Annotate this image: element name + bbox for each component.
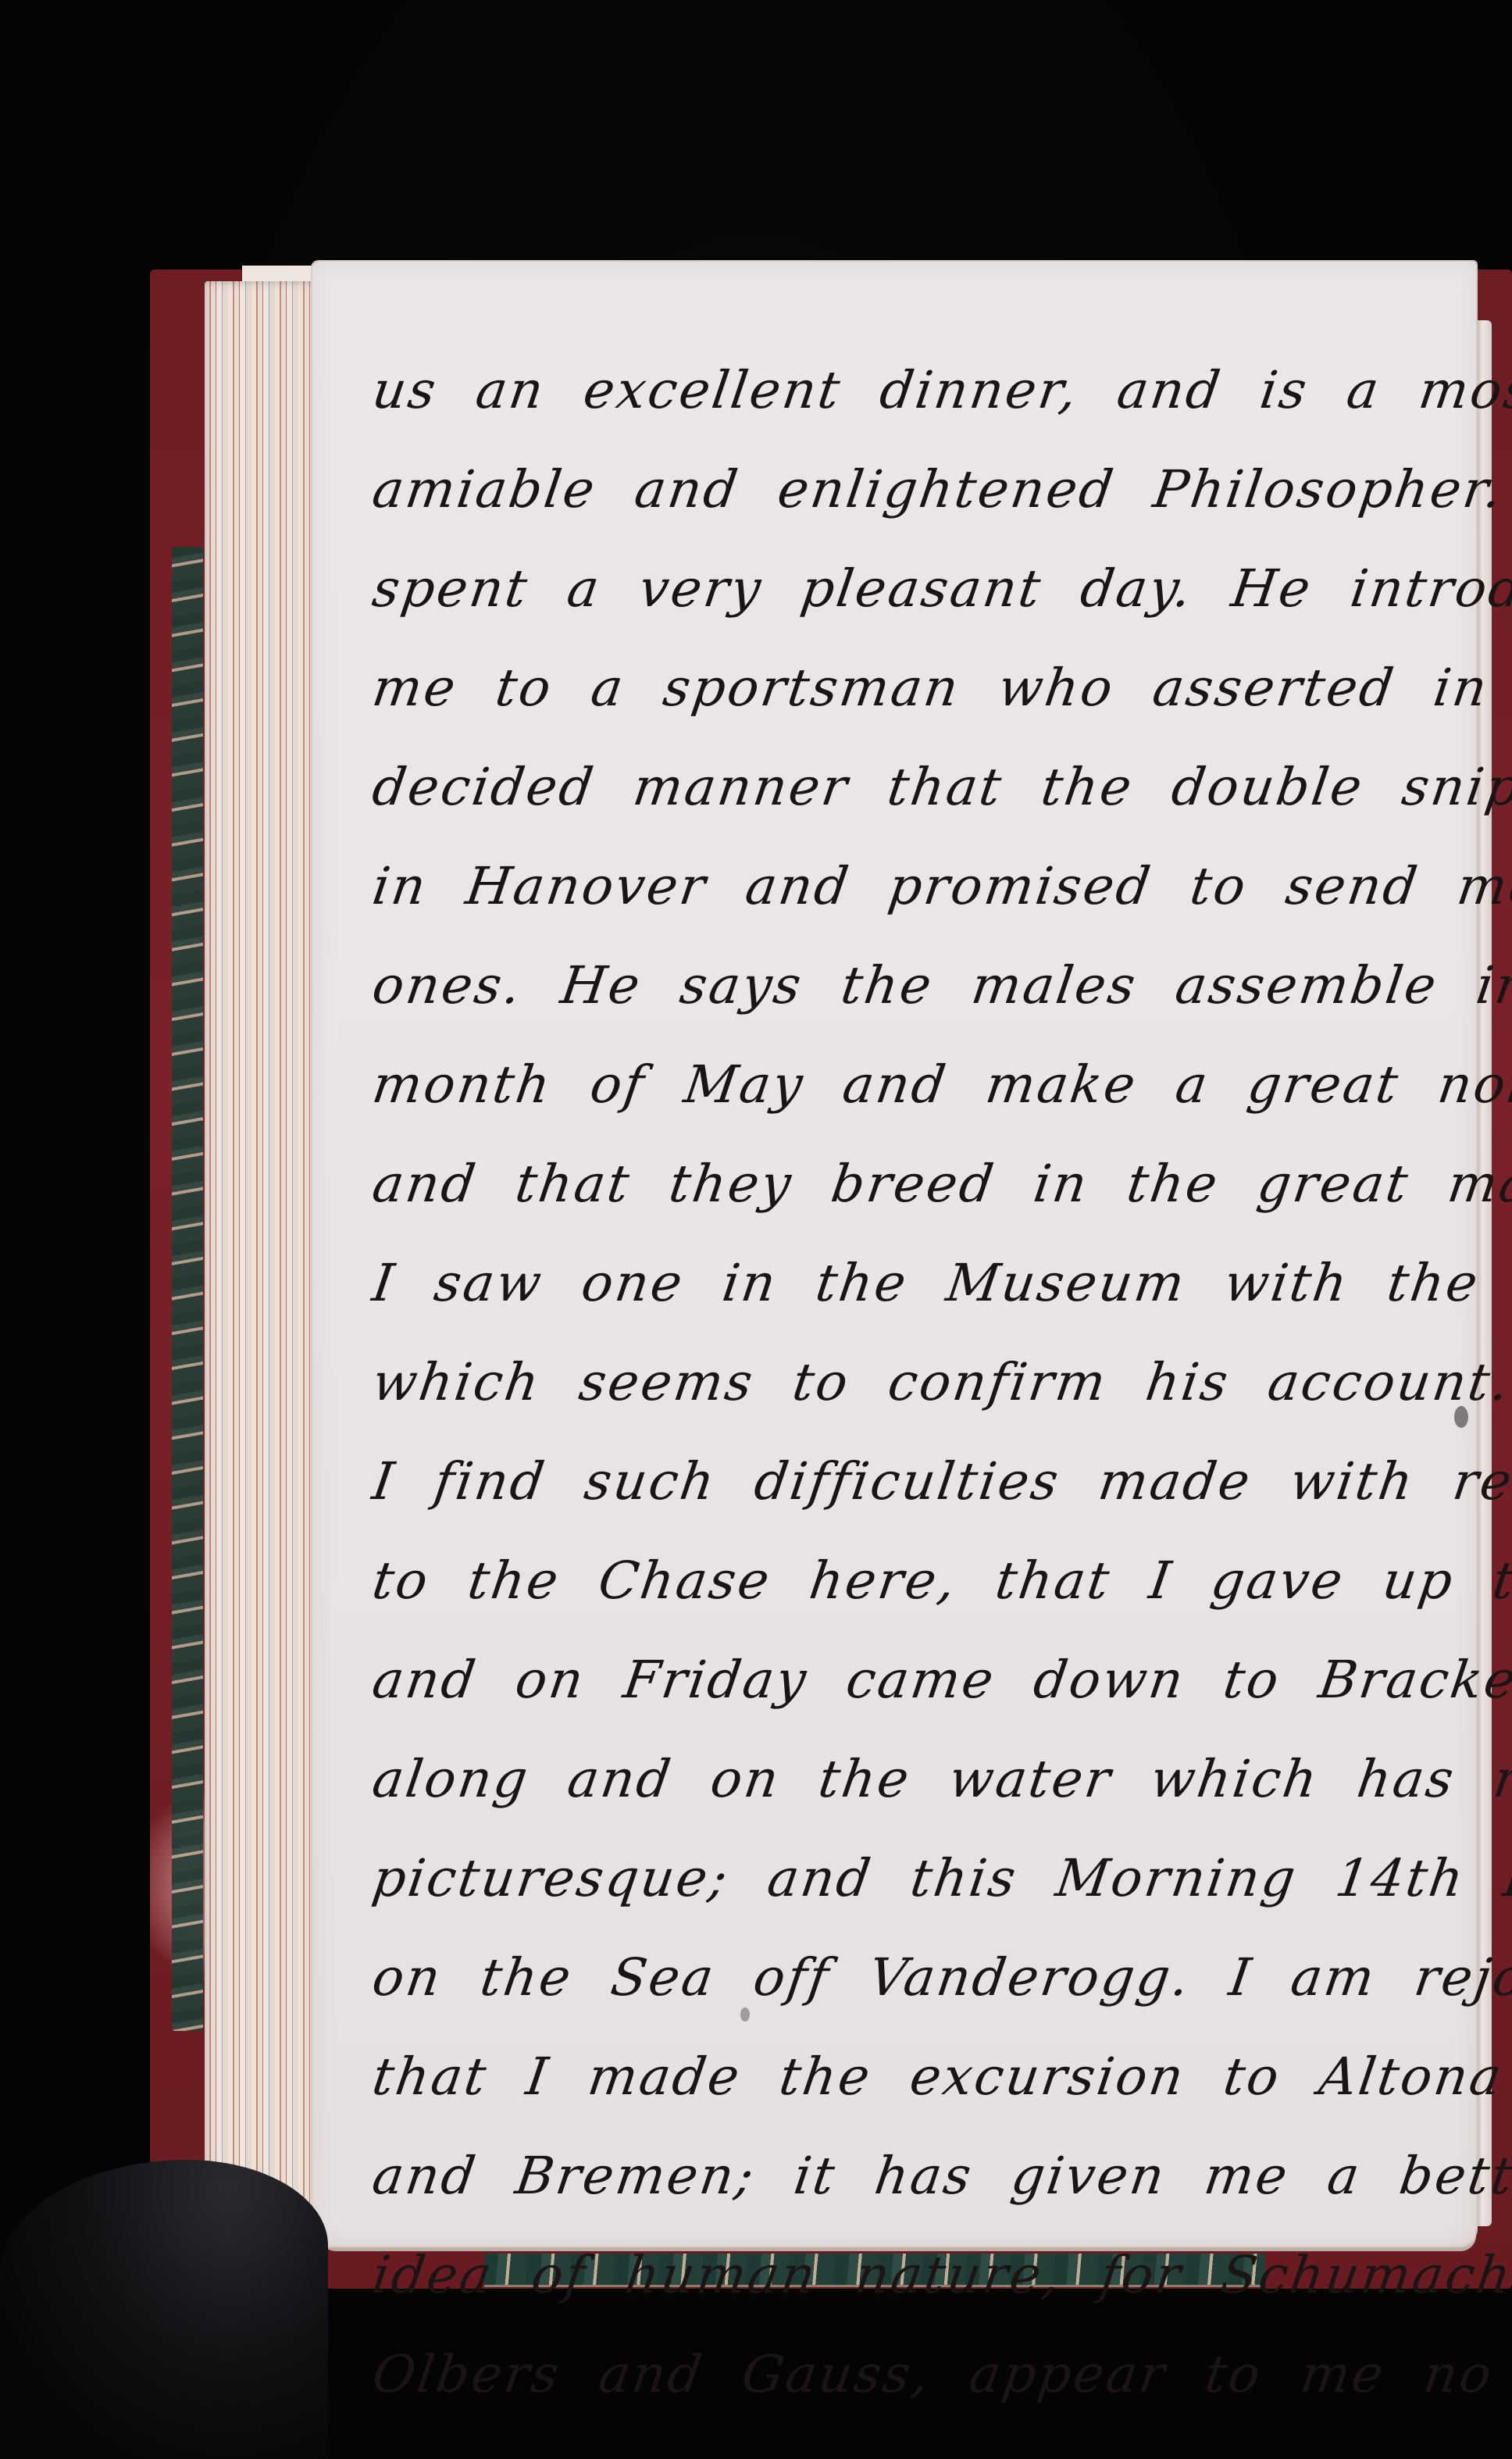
text-line: and that they breed in the great marshes… xyxy=(364,1149,1471,1248)
text-line: amiable and enlightened Philosopher. I xyxy=(364,455,1471,554)
text-line: picturesque; and this Morning 14th I am xyxy=(364,1843,1471,1943)
ink-spot xyxy=(740,2008,750,2022)
text-line: month of May and make a great noise xyxy=(364,1050,1471,1149)
text-line: spent a very pleasant day. He introduced xyxy=(364,554,1471,653)
text-line: Olbers and Gauss, appear to me no less xyxy=(364,2339,1471,2439)
text-line: and on Friday came down to Bracken xyxy=(364,1645,1471,1744)
text-line: in Hanover and promised to send me young xyxy=(364,851,1471,951)
text-line: and Bremen; it has given me a better xyxy=(364,2141,1471,2240)
photo-background: us an excellent dinner, and is a most am… xyxy=(0,0,1512,2459)
ink-spot xyxy=(1454,1406,1468,1428)
text-line: decided manner that the double snipe bre… xyxy=(364,752,1471,851)
page-stack-edges xyxy=(205,281,322,2234)
handwritten-text: us an excellent dinner, and is a most am… xyxy=(371,355,1464,2439)
gloved-hand xyxy=(0,2160,328,2459)
marbled-board-left xyxy=(172,547,203,2031)
text-line: idea of human nature, for Schumacher xyxy=(364,2240,1471,2339)
text-line: along and on the water which has nothing xyxy=(364,1744,1471,1843)
text-line: I find such difficulties made with respe… xyxy=(364,1447,1471,1546)
text-line: which seems to confirm his account. xyxy=(364,1347,1471,1447)
text-line: on the Sea off Vanderogg. I am rejoiced xyxy=(364,1943,1471,2042)
text-line: me to a sportsman who asserted in the mo… xyxy=(364,653,1471,752)
text-line: I saw one in the Museum with the egg, xyxy=(364,1248,1471,1347)
text-line: us an excellent dinner, and is a most xyxy=(364,355,1471,455)
text-line: to the Chase here, that I gave up the id… xyxy=(364,1546,1471,1645)
text-line: that I made the excursion to Altona xyxy=(364,2042,1471,2141)
text-line: ones. He says the males assemble in the xyxy=(364,951,1471,1050)
